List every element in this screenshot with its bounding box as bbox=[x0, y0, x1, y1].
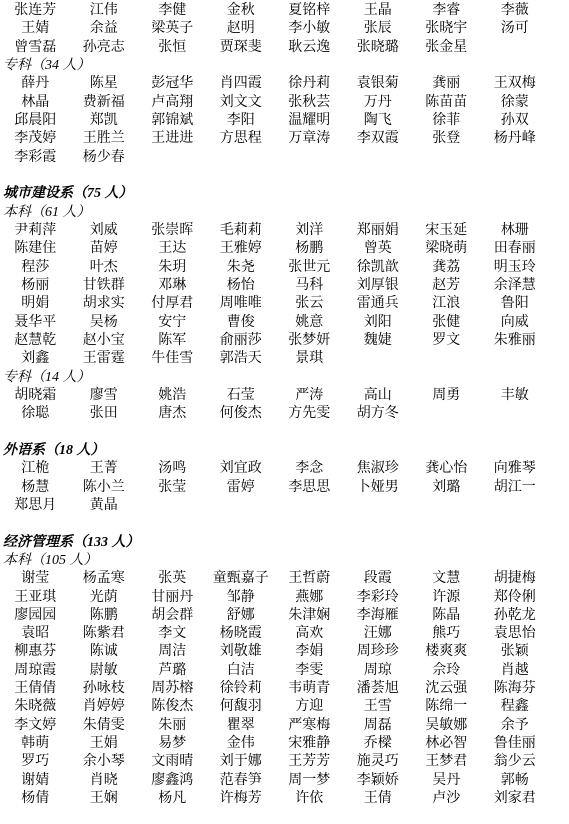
student-name: 周磊 bbox=[344, 717, 413, 735]
student-name: 费新福 bbox=[70, 94, 139, 112]
student-name: 林珊 bbox=[481, 222, 550, 240]
name-row: 周琼霞尉敏芦璐白洁李雯周琼佘玲肖越 bbox=[1, 662, 569, 680]
department-header: 城市建设系（75 人） bbox=[0, 185, 569, 203]
student-name: 王进进 bbox=[138, 130, 207, 148]
student-name: 陈鹏 bbox=[70, 607, 139, 625]
student-name: 严寒梅 bbox=[275, 717, 344, 735]
subsection-header: 专科（34 人） bbox=[0, 57, 569, 75]
student-name: 刘璐 bbox=[412, 479, 481, 497]
student-name: 向威 bbox=[481, 314, 550, 332]
student-name: 杨鹏 bbox=[275, 240, 344, 258]
blank-line bbox=[0, 424, 569, 442]
student-name: 周唯唯 bbox=[207, 295, 276, 313]
student-name: 陈军 bbox=[138, 332, 207, 350]
name-row: 李茂婷王胜兰王进进方思程万章涛李双霞张登杨丹峰 bbox=[1, 130, 569, 148]
student-name: 施灵巧 bbox=[344, 753, 413, 771]
student-name: 甘铁群 bbox=[70, 277, 139, 295]
student-name: 李颖娇 bbox=[344, 772, 413, 790]
student-name: 明娟 bbox=[1, 295, 70, 313]
student-name: 芦璐 bbox=[138, 662, 207, 680]
student-name: 朱倩雯 bbox=[70, 717, 139, 735]
student-name: 郑丽娟 bbox=[344, 222, 413, 240]
student-name: 牛佳雪 bbox=[138, 350, 207, 368]
student-name: 王倩倩 bbox=[1, 680, 70, 698]
student-name: 胡捷梅 bbox=[481, 570, 550, 588]
student-name: 张恒 bbox=[138, 39, 207, 57]
student-name: 卢沙 bbox=[412, 790, 481, 808]
student-name: 刘宜政 bbox=[207, 460, 276, 478]
student-name: 王婧 bbox=[1, 20, 70, 38]
student-name: 张梦妍 bbox=[275, 332, 344, 350]
student-name: 赵明 bbox=[207, 20, 276, 38]
student-name: 李娟 bbox=[275, 643, 344, 661]
student-name: 王雪 bbox=[344, 698, 413, 716]
name-row: 李彩霞杨少春 bbox=[1, 149, 569, 167]
student-name: 袁银菊 bbox=[344, 75, 413, 93]
student-name: 付厚君 bbox=[138, 295, 207, 313]
student-name: 赵芳 bbox=[412, 277, 481, 295]
student-name: 周珍珍 bbox=[344, 643, 413, 661]
student-name: 张云 bbox=[275, 295, 344, 313]
student-name: 邱晨阳 bbox=[1, 112, 70, 130]
student-name: 瞿翠 bbox=[207, 717, 276, 735]
student-name: 毛莉莉 bbox=[207, 222, 276, 240]
name-row: 胡晓霜廖雪姚浩石莹严涛高山周勇丰敏 bbox=[1, 387, 569, 405]
student-name: 赵慧乾 bbox=[1, 332, 70, 350]
student-name: 文雨晴 bbox=[138, 753, 207, 771]
name-row: 赵慧乾赵小宝陈军俞丽莎张梦妍魏婕罗文朱雅丽 bbox=[1, 332, 569, 350]
student-name: 朱晓薇 bbox=[1, 698, 70, 716]
student-name: 聂华平 bbox=[1, 314, 70, 332]
student-name: 曾英 bbox=[344, 240, 413, 258]
student-name: 贾琛斐 bbox=[207, 39, 276, 57]
student-name: 周苏榕 bbox=[138, 680, 207, 698]
student-name: 吴杨 bbox=[70, 314, 139, 332]
student-name: 楼爽爽 bbox=[412, 643, 481, 661]
student-name: 余益 bbox=[70, 20, 139, 38]
student-name: 孙亮志 bbox=[70, 39, 139, 57]
student-name: 梁晓萌 bbox=[412, 240, 481, 258]
student-name: 陈诚 bbox=[70, 643, 139, 661]
student-name: 耿云逸 bbox=[275, 39, 344, 57]
student-name: 江伟 bbox=[70, 2, 139, 20]
department-header: 外语系（18 人） bbox=[0, 442, 569, 460]
student-name: 姚浩 bbox=[138, 387, 207, 405]
student-name: 燕娜 bbox=[275, 589, 344, 607]
student-name: 李阳 bbox=[207, 112, 276, 130]
student-name: 余小琴 bbox=[70, 753, 139, 771]
name-row: 郑思月黄晶 bbox=[1, 497, 569, 515]
student-name: 肖越 bbox=[481, 662, 550, 680]
student-name: 王哲蔚 bbox=[275, 570, 344, 588]
student-name: 潘荟旭 bbox=[344, 680, 413, 698]
student-name: 范春笋 bbox=[207, 772, 276, 790]
department-header: 经济管理系（133 人） bbox=[0, 534, 569, 552]
name-row: 薛丹陈星彭冠华肖四霞徐丹莉袁银菊龚丽王双梅 bbox=[1, 75, 569, 93]
student-name: 赵小宝 bbox=[70, 332, 139, 350]
student-name: 鲁阳 bbox=[481, 295, 550, 313]
student-name: 苗婷 bbox=[70, 240, 139, 258]
name-row: 刘鑫王雷霆牛佳雪郭浩天景琪 bbox=[1, 350, 569, 368]
student-name: 陈晶 bbox=[412, 607, 481, 625]
student-name: 王晶 bbox=[344, 2, 413, 20]
student-name: 程莎 bbox=[1, 259, 70, 277]
student-name: 程鑫 bbox=[481, 698, 550, 716]
student-name: 陈小兰 bbox=[70, 479, 139, 497]
student-name: 乔樑 bbox=[344, 735, 413, 753]
student-name: 焦淑珍 bbox=[344, 460, 413, 478]
student-name: 谢莹 bbox=[1, 570, 70, 588]
student-name: 吴丹 bbox=[412, 772, 481, 790]
student-name: 姚意 bbox=[275, 314, 344, 332]
name-row: 明娟胡求实付厚君周唯唯张云雷通兵江浪鲁阳 bbox=[1, 295, 569, 313]
student-name: 刘敬雄 bbox=[207, 643, 276, 661]
student-name: 刘家君 bbox=[481, 790, 550, 808]
student-name: 郑凯 bbox=[70, 112, 139, 130]
name-row: 陈建住苗婷王达王雅婷杨鹏曾英梁晓萌田春丽 bbox=[1, 240, 569, 258]
name-row: 罗巧余小琴文雨晴刘于娜王芳芳施灵巧王梦君翁少云 bbox=[1, 753, 569, 771]
student-name: 段霞 bbox=[344, 570, 413, 588]
name-row: 杨丽甘铁群邓琳杨怡马科刘厚银赵芳余泽慧 bbox=[1, 277, 569, 295]
student-name: 吴敏娜 bbox=[412, 717, 481, 735]
student-name: 李小敏 bbox=[275, 20, 344, 38]
student-name: 胡晓霜 bbox=[1, 387, 70, 405]
student-name: 徐蒙 bbox=[481, 94, 550, 112]
student-name: 孙双 bbox=[481, 112, 550, 130]
student-name: 丰敏 bbox=[481, 387, 550, 405]
student-name: 王娟 bbox=[70, 735, 139, 753]
student-name: 杨丹峰 bbox=[481, 130, 550, 148]
student-name: 韦萌青 bbox=[275, 680, 344, 698]
student-name: 肖晓 bbox=[70, 772, 139, 790]
student-name: 张金星 bbox=[412, 39, 481, 57]
student-name: 胡求实 bbox=[70, 295, 139, 313]
name-row: 曾雪磊孙亮志张恒贾琛斐耿云逸张晓璐张金星 bbox=[1, 39, 569, 57]
student-name: 严涛 bbox=[275, 387, 344, 405]
student-name: 宋玉延 bbox=[412, 222, 481, 240]
student-name: 曾雪磊 bbox=[1, 39, 70, 57]
student-name: 邹静 bbox=[207, 589, 276, 607]
student-name: 向雅琴 bbox=[481, 460, 550, 478]
student-name: 朱玥 bbox=[138, 259, 207, 277]
student-name: 陈建住 bbox=[1, 240, 70, 258]
student-name: 明玉玲 bbox=[481, 259, 550, 277]
student-name: 李思思 bbox=[275, 479, 344, 497]
student-name: 江桅 bbox=[1, 460, 70, 478]
student-name: 杨凡 bbox=[138, 790, 207, 808]
student-name: 陈星 bbox=[70, 75, 139, 93]
name-row: 江桅王菁汤鸣刘宜政李念焦淑珍龚心怡向雅琴 bbox=[1, 460, 569, 478]
student-name: 景琪 bbox=[275, 350, 344, 368]
student-name: 郭浩天 bbox=[207, 350, 276, 368]
student-name: 李文 bbox=[138, 625, 207, 643]
student-name: 王胜兰 bbox=[70, 130, 139, 148]
student-name: 肖婷婷 bbox=[70, 698, 139, 716]
student-name: 李念 bbox=[275, 460, 344, 478]
student-name: 杨孟寒 bbox=[70, 570, 139, 588]
student-name: 廖园园 bbox=[1, 607, 70, 625]
student-name: 柳惠芬 bbox=[1, 643, 70, 661]
student-name: 杨丽 bbox=[1, 277, 70, 295]
blank-line bbox=[0, 515, 569, 533]
blank-line bbox=[0, 167, 569, 185]
student-name: 李薇 bbox=[481, 2, 550, 20]
student-name: 刘鑫 bbox=[1, 350, 70, 368]
student-name: 雷通兵 bbox=[344, 295, 413, 313]
student-name: 王雅婷 bbox=[207, 240, 276, 258]
student-name: 周琼 bbox=[344, 662, 413, 680]
student-name: 余予 bbox=[481, 717, 550, 735]
student-name: 徐聪 bbox=[1, 405, 70, 423]
student-name: 朱尧 bbox=[207, 259, 276, 277]
student-name: 文慧 bbox=[412, 570, 481, 588]
student-name: 汤鸣 bbox=[138, 460, 207, 478]
student-name: 胡江一 bbox=[481, 479, 550, 497]
student-name: 马科 bbox=[275, 277, 344, 295]
student-name: 佘玲 bbox=[412, 662, 481, 680]
student-name: 何馥羽 bbox=[207, 698, 276, 716]
student-name: 张晓璐 bbox=[344, 39, 413, 57]
student-name: 刘厚银 bbox=[344, 277, 413, 295]
student-name: 李健 bbox=[138, 2, 207, 20]
student-name: 龚丽 bbox=[412, 75, 481, 93]
student-name: 张颖 bbox=[481, 643, 550, 661]
name-row: 廖园园陈鹏胡会群舒娜朱津娴李海雁陈晶孙乾龙 bbox=[1, 607, 569, 625]
student-name: 张莹 bbox=[138, 479, 207, 497]
student-name: 宋雅静 bbox=[275, 735, 344, 753]
student-name: 陈俊杰 bbox=[138, 698, 207, 716]
student-name: 李睿 bbox=[412, 2, 481, 20]
name-row: 李文婷朱倩雯朱丽瞿翠严寒梅周磊吴敏娜余予 bbox=[1, 717, 569, 735]
student-name: 刘洋 bbox=[275, 222, 344, 240]
name-row: 谢婧肖晓廖鑫鸿范春笋周一梦李颖娇吴丹郭畅 bbox=[1, 772, 569, 790]
student-name: 杨怡 bbox=[207, 277, 276, 295]
student-name: 汤可 bbox=[481, 20, 550, 38]
name-row: 朱晓薇肖婷婷陈俊杰何馥羽方迎王雪陈绵一程鑫 bbox=[1, 698, 569, 716]
student-name: 徐凯歆 bbox=[344, 259, 413, 277]
student-name: 李彩玲 bbox=[344, 589, 413, 607]
student-name: 杨慧 bbox=[1, 479, 70, 497]
student-name: 黄晶 bbox=[70, 497, 139, 515]
student-name: 易梦 bbox=[138, 735, 207, 753]
student-name: 林晶 bbox=[1, 94, 70, 112]
student-name: 孙咏枝 bbox=[70, 680, 139, 698]
student-name: 卢高翔 bbox=[138, 94, 207, 112]
student-name: 徐丹莉 bbox=[275, 75, 344, 93]
student-name: 何俊杰 bbox=[207, 405, 276, 423]
student-name: 梁英子 bbox=[138, 20, 207, 38]
student-name: 杨晓霞 bbox=[207, 625, 276, 643]
student-name: 高山 bbox=[344, 387, 413, 405]
student-name: 尉敏 bbox=[70, 662, 139, 680]
name-row: 程莎叶杰朱玥朱尧张世元徐凯歆龚荔明玉玲 bbox=[1, 259, 569, 277]
student-name: 光荫 bbox=[70, 589, 139, 607]
name-row: 林晶费新福卢高翔刘文文张秋芸万丹陈苗苗徐蒙 bbox=[1, 94, 569, 112]
student-name: 王亚琪 bbox=[1, 589, 70, 607]
student-name: 王双梅 bbox=[481, 75, 550, 93]
name-row: 杨倩王娴杨凡许梅芳许依王倩卢沙刘家君 bbox=[1, 790, 569, 808]
student-name: 夏铭梓 bbox=[275, 2, 344, 20]
student-name: 李茂婷 bbox=[1, 130, 70, 148]
student-name: 王菁 bbox=[70, 460, 139, 478]
student-name: 郑伶俐 bbox=[481, 589, 550, 607]
student-name: 张健 bbox=[412, 314, 481, 332]
student-name: 李双霞 bbox=[344, 130, 413, 148]
student-name: 郑思月 bbox=[1, 497, 70, 515]
student-name: 王娴 bbox=[70, 790, 139, 808]
name-row: 尹莉萍刘威张崇晖毛莉莉刘洋郑丽娟宋玉延林珊 bbox=[1, 222, 569, 240]
student-name: 袁昭 bbox=[1, 625, 70, 643]
student-name: 龚心怡 bbox=[412, 460, 481, 478]
student-name: 杨少春 bbox=[70, 149, 139, 167]
student-name: 张秋芸 bbox=[275, 94, 344, 112]
name-row: 徐聪张田唐杰何俊杰方先雯胡方冬 bbox=[1, 405, 569, 423]
student-name: 高欢 bbox=[275, 625, 344, 643]
student-name: 韩萌 bbox=[1, 735, 70, 753]
student-name: 薛丹 bbox=[1, 75, 70, 93]
student-name: 彭冠华 bbox=[138, 75, 207, 93]
name-row: 王婧余益梁英子赵明李小敏张辰张晓宇汤可 bbox=[1, 20, 569, 38]
student-name: 周琼霞 bbox=[1, 662, 70, 680]
student-name: 王雷霆 bbox=[70, 350, 139, 368]
student-name: 沈云强 bbox=[412, 680, 481, 698]
student-name: 甘丽丹 bbox=[138, 589, 207, 607]
student-name: 刘威 bbox=[70, 222, 139, 240]
name-row: 张连芳江伟李健金秋夏铭梓王晶李睿李薇 bbox=[1, 2, 569, 20]
student-name: 林必智 bbox=[412, 735, 481, 753]
student-name: 万章涛 bbox=[275, 130, 344, 148]
student-name: 谢婧 bbox=[1, 772, 70, 790]
student-name: 方先雯 bbox=[275, 405, 344, 423]
student-name: 田春丽 bbox=[481, 240, 550, 258]
student-name: 王倩 bbox=[344, 790, 413, 808]
student-name: 朱津娴 bbox=[275, 607, 344, 625]
student-name: 石莹 bbox=[207, 387, 276, 405]
name-row: 袁昭陈紫君李文杨晓霞高欢汪娜熊巧袁思怡 bbox=[1, 625, 569, 643]
student-name: 俞丽莎 bbox=[207, 332, 276, 350]
student-name: 童甄嘉子 bbox=[207, 570, 276, 588]
student-name: 万丹 bbox=[344, 94, 413, 112]
student-name: 许源 bbox=[412, 589, 481, 607]
student-name: 熊巧 bbox=[412, 625, 481, 643]
student-name: 曹俊 bbox=[207, 314, 276, 332]
student-name: 叶杰 bbox=[70, 259, 139, 277]
student-name: 方迎 bbox=[275, 698, 344, 716]
student-name: 张登 bbox=[412, 130, 481, 148]
student-name: 周勇 bbox=[412, 387, 481, 405]
name-row: 邱晨阳郑凯郭锦斌李阳温耀明陶飞徐菲孙双 bbox=[1, 112, 569, 130]
student-name: 刘阳 bbox=[344, 314, 413, 332]
student-name: 白洁 bbox=[207, 662, 276, 680]
student-name: 魏婕 bbox=[344, 332, 413, 350]
student-name: 杨倩 bbox=[1, 790, 70, 808]
student-name: 王芳芳 bbox=[275, 753, 344, 771]
student-name: 张连芳 bbox=[1, 2, 70, 20]
student-name: 鲁佳丽 bbox=[481, 735, 550, 753]
student-name: 陈绵一 bbox=[412, 698, 481, 716]
name-row: 王亚琪光荫甘丽丹邹静燕娜李彩玲许源郑伶俐 bbox=[1, 589, 569, 607]
student-name: 李雯 bbox=[275, 662, 344, 680]
student-name: 朱雅丽 bbox=[481, 332, 550, 350]
student-name: 徐铃莉 bbox=[207, 680, 276, 698]
student-name-list-document: 张连芳江伟李健金秋夏铭梓王晶李睿李薇王婧余益梁英子赵明李小敏张辰张晓宇汤可曾雪磊… bbox=[0, 0, 569, 808]
student-name: 张世元 bbox=[275, 259, 344, 277]
name-row: 柳惠芬陈诚周洁刘敬雄李娟周珍珍楼爽爽张颖 bbox=[1, 643, 569, 661]
subsection-header: 本科（105 人） bbox=[0, 552, 569, 570]
student-name: 温耀明 bbox=[275, 112, 344, 130]
student-name: 李文婷 bbox=[1, 717, 70, 735]
student-name: 汪娜 bbox=[344, 625, 413, 643]
student-name: 陈苗苗 bbox=[412, 94, 481, 112]
student-name: 陈紫君 bbox=[70, 625, 139, 643]
student-name: 刘文文 bbox=[207, 94, 276, 112]
student-name: 金秋 bbox=[207, 2, 276, 20]
student-name: 许依 bbox=[275, 790, 344, 808]
student-name: 翁少云 bbox=[481, 753, 550, 771]
name-row: 聂华平吴杨安宁曹俊姚意刘阳张健向威 bbox=[1, 314, 569, 332]
student-name: 孙乾龙 bbox=[481, 607, 550, 625]
student-name: 龚荔 bbox=[412, 259, 481, 277]
student-name: 李海雁 bbox=[344, 607, 413, 625]
subsection-header: 本科（61 人） bbox=[0, 204, 569, 222]
student-name: 江浪 bbox=[412, 295, 481, 313]
student-name: 雷婷 bbox=[207, 479, 276, 497]
student-name: 陶飞 bbox=[344, 112, 413, 130]
student-name: 袁思怡 bbox=[481, 625, 550, 643]
student-name: 胡方冬 bbox=[344, 405, 413, 423]
student-name: 徐菲 bbox=[412, 112, 481, 130]
subsection-header: 专科（14 人） bbox=[0, 369, 569, 387]
student-name: 尹莉萍 bbox=[1, 222, 70, 240]
name-row: 韩萌王娟易梦金伟宋雅静乔樑林必智鲁佳丽 bbox=[1, 735, 569, 753]
student-name: 肖四霞 bbox=[207, 75, 276, 93]
name-row: 谢莹杨孟寒张英童甄嘉子王哲蔚段霞文慧胡捷梅 bbox=[1, 570, 569, 588]
student-name: 罗巧 bbox=[1, 753, 70, 771]
student-name: 张崇晖 bbox=[138, 222, 207, 240]
student-name: 舒娜 bbox=[207, 607, 276, 625]
student-name: 周一梦 bbox=[275, 772, 344, 790]
student-name: 邓琳 bbox=[138, 277, 207, 295]
student-name: 胡会群 bbox=[138, 607, 207, 625]
student-name: 郭畅 bbox=[481, 772, 550, 790]
student-name: 余泽慧 bbox=[481, 277, 550, 295]
student-name: 张辰 bbox=[344, 20, 413, 38]
student-name: 张田 bbox=[70, 405, 139, 423]
student-name: 廖鑫鸿 bbox=[138, 772, 207, 790]
student-name: 朱丽 bbox=[138, 717, 207, 735]
student-name: 廖雪 bbox=[70, 387, 139, 405]
student-name: 安宁 bbox=[138, 314, 207, 332]
student-name: 方思程 bbox=[207, 130, 276, 148]
student-name: 金伟 bbox=[207, 735, 276, 753]
student-name: 卜娅男 bbox=[344, 479, 413, 497]
name-row: 杨慧陈小兰张莹雷婷李思思卜娅男刘璐胡江一 bbox=[1, 479, 569, 497]
student-name: 周洁 bbox=[138, 643, 207, 661]
student-name: 唐杰 bbox=[138, 405, 207, 423]
student-name: 郭锦斌 bbox=[138, 112, 207, 130]
student-name: 许梅芳 bbox=[207, 790, 276, 808]
name-list-body: 张连芳江伟李健金秋夏铭梓王晶李睿李薇王婧余益梁英子赵明李小敏张辰张晓宇汤可曾雪磊… bbox=[0, 2, 569, 808]
student-name: 王达 bbox=[138, 240, 207, 258]
student-name: 刘于娜 bbox=[207, 753, 276, 771]
name-row: 王倩倩孙咏枝周苏榕徐铃莉韦萌青潘荟旭沈云强陈海芬 bbox=[1, 680, 569, 698]
student-name: 陈海芬 bbox=[481, 680, 550, 698]
student-name: 张英 bbox=[138, 570, 207, 588]
student-name: 李彩霞 bbox=[1, 149, 70, 167]
student-name: 张晓宇 bbox=[412, 20, 481, 38]
student-name: 罗文 bbox=[412, 332, 481, 350]
student-name: 王梦君 bbox=[412, 753, 481, 771]
